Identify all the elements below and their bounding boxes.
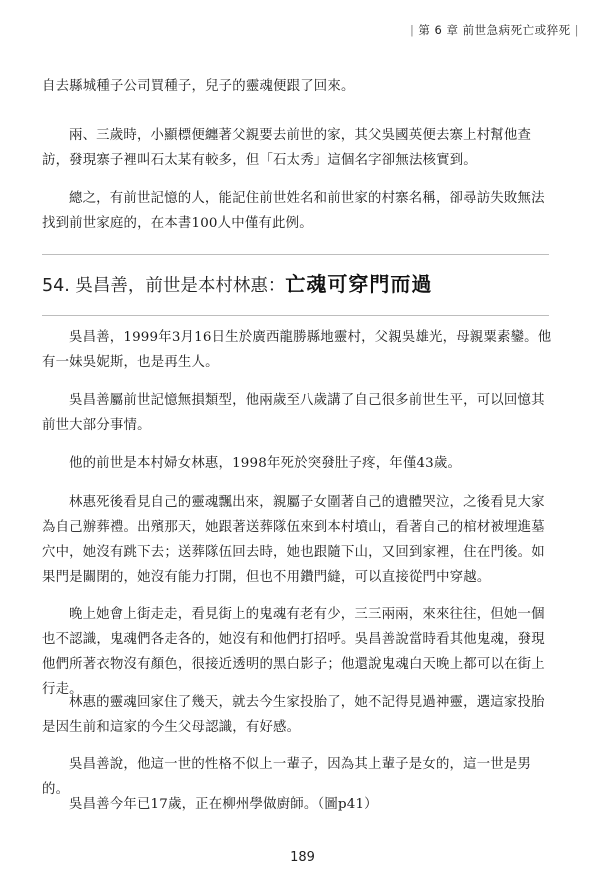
paragraph-continued: 自去縣城種子公司買種子，兒子的靈魂便跟了回來。 [42,74,552,99]
section-title: 亡魂可穿門而過 [285,272,432,296]
section-number-name: 54. 吳昌善，前世是本村林惠： [42,276,285,296]
page-number: 189 [0,850,605,865]
chapter-title: 第 6 章 前世急病死亡或猝死 [418,23,570,37]
paragraph: 他的前世是本村婦女林惠，1998年死於突發肚子疼，年僅43歲。 [42,451,552,476]
paragraph: 晚上她會上街走走，看見街上的鬼魂有老有少，三三兩兩，來來往往，但她一個也不認識，… [42,602,552,702]
paragraph: 吳昌善，1999年3月16日生於廣西龍勝縣地靈村，父親吳雄光，母親粟素鑾。他有一… [42,325,552,375]
header-divider: | [406,23,418,37]
running-header: |第 6 章 前世急病死亡或猝死| [406,22,583,38]
section-rule-top [42,254,549,255]
paragraph: 林惠死後看見自己的靈魂飄出來，親屬子女圍著自己的遺體哭泣，之後看見大家為自己辦葬… [42,490,552,590]
section-rule-bottom [42,315,549,316]
paragraph: 吳昌善今年已17歲，正在柳州學做廚師。（圖p41） [42,792,552,817]
section-heading: 54. 吳昌善，前世是本村林惠：亡魂可穿門而過 [42,268,432,297]
paragraph: 兩、三歲時，小顯標便纏著父親要去前世的家，其父吳國英便去寨上村幫他查訪，發現寨子… [42,123,552,173]
header-divider: | [571,23,583,37]
paragraph: 總之，有前世記憶的人，能記住前世姓名和前世家的村寨名稱，卻尋訪失敗無法找到前世家… [42,186,552,236]
paragraph: 吳昌善屬前世記憶無損類型，他兩歲至八歲講了自己很多前世生平，可以回憶其前世大部分… [42,388,552,438]
paragraph: 林惠的靈魂回家住了幾天，就去今生家投胎了，她不記得見過神靈，選這家投胎是因生前和… [42,690,552,740]
